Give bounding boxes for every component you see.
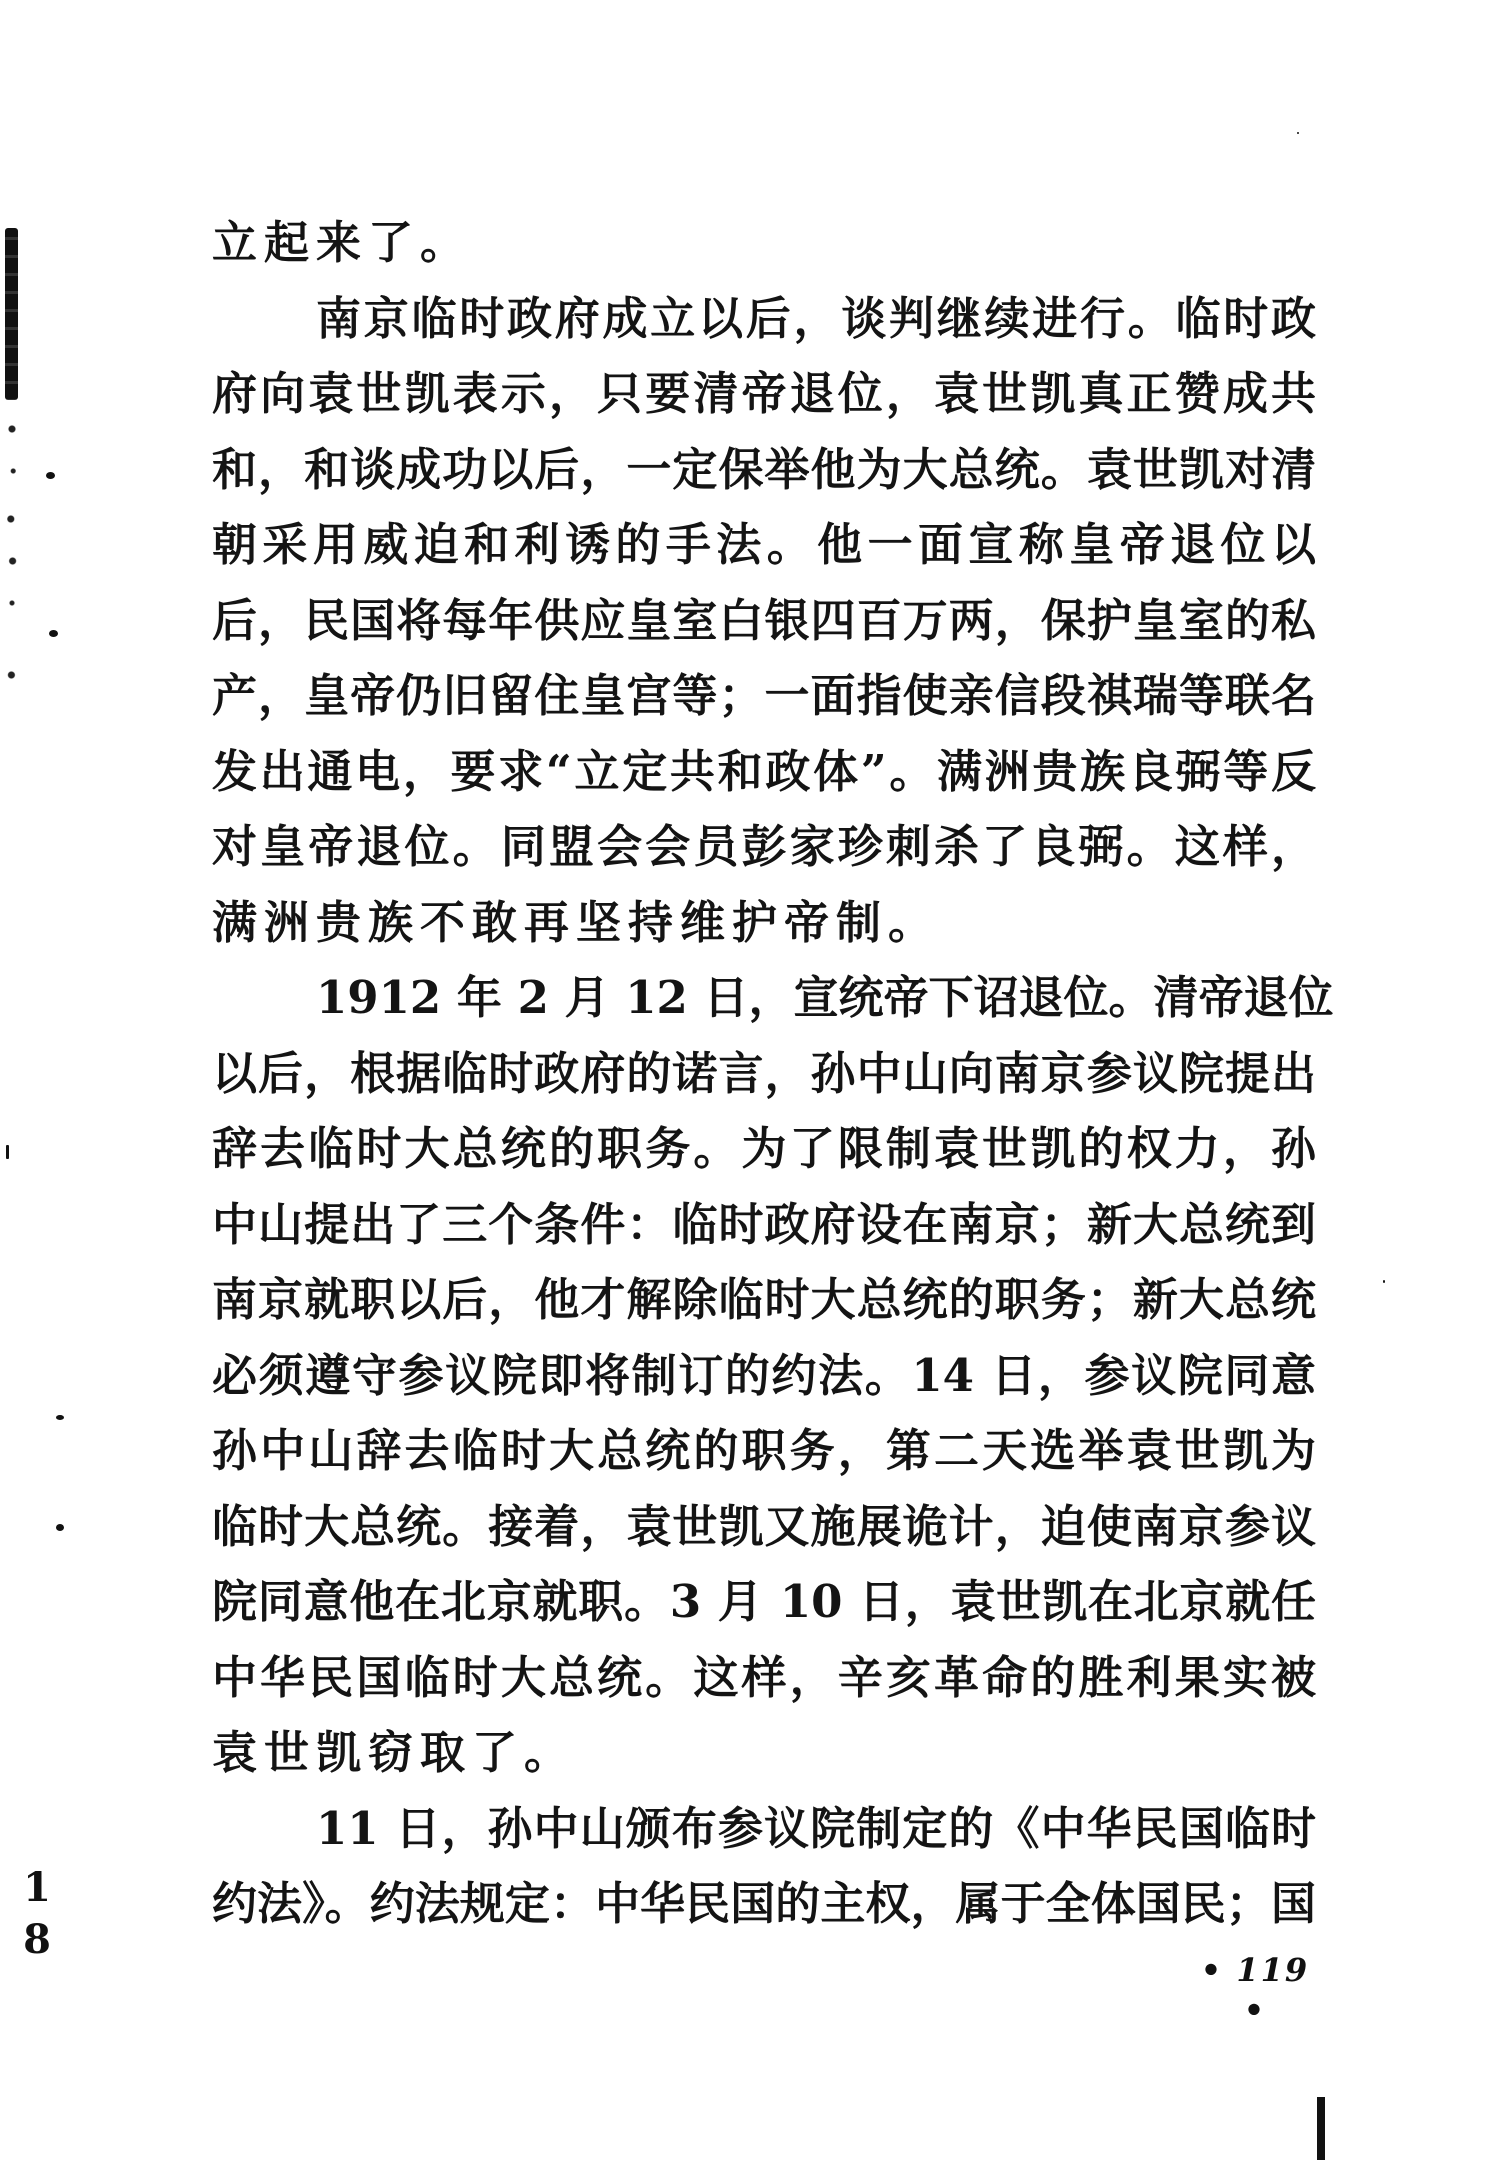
text-line: 必须遵守参议院即将制订的约法。14 日，参议院同意: [212, 1338, 1316, 1414]
text-line: 南京临时政府成立以后，谈判继续进行。临时政: [212, 281, 1316, 357]
margin-signature-mark: 1 8: [22, 1862, 52, 1966]
text-line: 以后，根据临时政府的诺言，孙中山向南京参议院提出: [212, 1036, 1316, 1112]
margin-mark-digit: 8: [22, 1914, 52, 1966]
text-line: 院同意他在北京就职。3 月 10 日，袁世凯在北京就任: [212, 1564, 1316, 1640]
margin-mark-digit: 1: [22, 1862, 52, 1914]
text-line: 后，民国将每年供应皇室白银四百万两，保护皇室的私: [212, 583, 1316, 659]
text-line: 府向袁世凯表示，只要清帝退位，袁世凯真正赞成共: [212, 356, 1316, 432]
scan-speck: [1383, 1280, 1385, 1283]
text-line: 中山提出了三个条件：临时政府设在南京；新大总统到: [212, 1187, 1316, 1263]
text-line: 辞去临时大总统的职务。为了限制袁世凯的权力，孙: [212, 1111, 1316, 1187]
text-line: 中华民国临时大总统。这样，辛亥革命的胜利果实被: [212, 1640, 1316, 1716]
text-line: 产，皇帝仍旧留住皇宫等；一面指使亲信段祺瑞等联名: [212, 658, 1316, 734]
text-line: 满洲贵族不敢再坚持维护帝制。: [212, 885, 1316, 961]
crop-mark: [1317, 2097, 1325, 2160]
scan-speck: [46, 472, 55, 479]
page-number: • 119 •: [1190, 1950, 1320, 1990]
book-page: 立起来了。 南京临时政府成立以后，谈判继续进行。临时政 府向袁世凯表示，只要清帝…: [0, 0, 1500, 2169]
scan-speck: [56, 1415, 64, 1420]
text-line: 南京就职以后，他才解除临时大总统的职务；新大总统: [212, 1262, 1316, 1338]
scan-binding-specks: [6, 405, 18, 705]
scan-binding-edge: [5, 228, 18, 400]
body-text: 立起来了。 南京临时政府成立以后，谈判继续进行。临时政 府向袁世凯表示，只要清帝…: [212, 205, 1316, 1942]
text-line: 临时大总统。接着，袁世凯又施展诡计，迫使南京参议: [212, 1489, 1316, 1565]
scan-speck: [56, 1524, 64, 1531]
text-line: 1912 年 2 月 12 日，宣统帝下诏退位。清帝退位: [212, 960, 1316, 1036]
scan-speck: [1297, 132, 1299, 134]
text-line: 袁世凯窃取了。: [212, 1715, 1316, 1791]
text-line: 约法》。约法规定：中华民国的主权，属于全体国民；国: [212, 1866, 1316, 1942]
scan-speck: [6, 1145, 9, 1159]
text-line: 和，和谈成功以后，一定保举他为大总统。袁世凯对清: [212, 432, 1316, 508]
text-line: 孙中山辞去临时大总统的职务，第二天选举袁世凯为: [212, 1413, 1316, 1489]
text-line: 11 日，孙中山颁布参议院制定的《中华民国临时: [212, 1791, 1316, 1867]
text-line: 对皇帝退位。同盟会会员彭家珍刺杀了良弼。这样，: [212, 809, 1316, 885]
text-line: 立起来了。: [212, 205, 1316, 281]
text-line: 发出通电，要求“立定共和政体”。满洲贵族良弼等反: [212, 734, 1316, 810]
text-line: 朝采用威迫和利诱的手法。他一面宣称皇帝退位以: [212, 507, 1316, 583]
scan-speck: [49, 630, 58, 637]
